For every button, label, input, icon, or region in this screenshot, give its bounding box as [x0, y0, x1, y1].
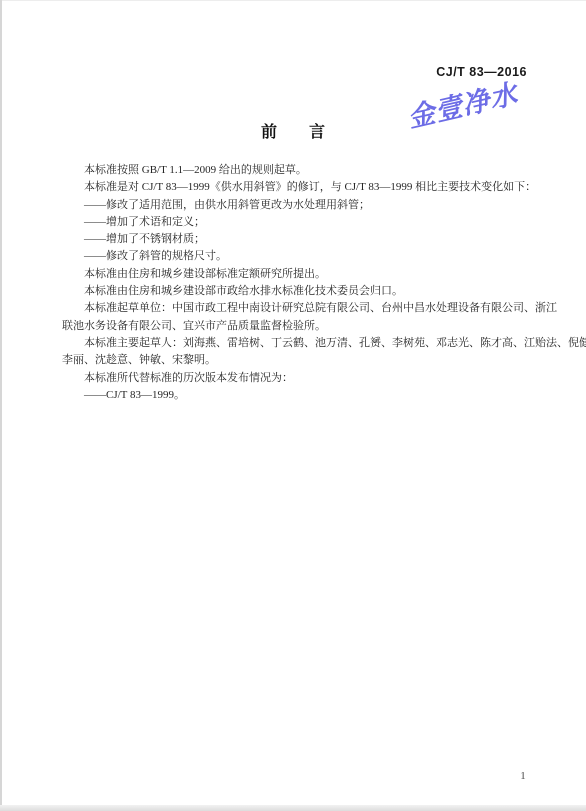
body-line: 本标准按照 GB/T 1.1—2009 给出的规则起草。	[62, 162, 528, 179]
body-line: 本标准主要起草人：刘海燕、雷培树、丁云鹤、池万清、孔赟、李树苑、邓志光、陈才高、…	[62, 335, 528, 352]
page-title: 前 言	[0, 119, 586, 142]
body-line: ——增加了术语和定义；	[62, 214, 528, 231]
body-line: 本标准由住房和城乡建设部标准定额研究所提出。	[62, 266, 528, 283]
body-line: 本标准起草单位：中国市政工程中南设计研究总院有限公司、台州中昌水处理设备有限公司…	[62, 300, 528, 317]
body-line: ——CJ/T 83—1999。	[62, 387, 528, 404]
body-line: 联池水务设备有限公司、宜兴市产品质量监督检验所。	[62, 318, 528, 335]
body-line: 本标准由住房和城乡建设部市政给水排水标准化技术委员会归口。	[62, 283, 528, 300]
page-number: 1	[516, 770, 530, 782]
page-edge-bottom	[0, 805, 586, 811]
foreword-body: 本标准按照 GB/T 1.1—2009 给出的规则起草。本标准是对 CJ/T 8…	[62, 162, 528, 404]
standard-code-header: CJ/T 83—2016	[436, 65, 527, 79]
body-line: 本标准所代替标准的历次版本发布情况为：	[62, 370, 528, 387]
body-line: ——修改了适用范围，由供水用斜管更改为水处理用斜管；	[62, 197, 528, 214]
body-line: 李丽、沈趁意、钟敏、宋黎明。	[62, 352, 528, 369]
page-edge-top	[0, 0, 586, 1]
body-line: ——增加了不锈钢材质；	[62, 231, 528, 248]
body-line: 本标准是对 CJ/T 83—1999《供水用斜管》的修订，与 CJ/T 83—1…	[62, 179, 528, 196]
document-page: CJ/T 83—2016 金壹净水 前 言 本标准按照 GB/T 1.1—200…	[0, 0, 586, 811]
body-line: ——修改了斜管的规格尺寸。	[62, 248, 528, 265]
